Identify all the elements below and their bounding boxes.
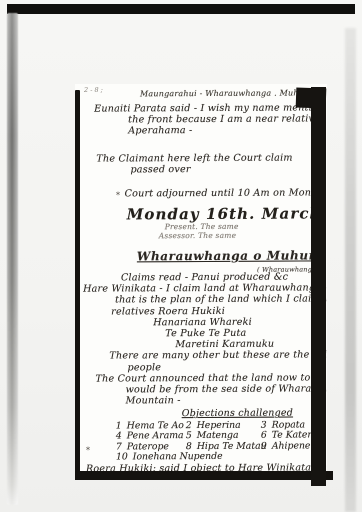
- objection-name: Pene Arama: [127, 430, 184, 441]
- objection-name: Ropata: [272, 419, 305, 430]
- manuscript-line: The Claimant here left the Court claim: [96, 152, 325, 164]
- scanned-document: 2 - 8 ; * * Maungarahui - Wharauwhanga .…: [0, 0, 362, 512]
- objection-number: 5: [186, 430, 192, 441]
- manuscript-line: would be from the sea side of Wharauwhan…: [126, 383, 327, 395]
- page-border-left: [75, 90, 80, 474]
- objections-list: 1Hema Te Ao 2Heperina 3Ropata 4Pene Aram…: [116, 420, 327, 463]
- manuscript-line: Aperahama -: [128, 125, 325, 137]
- manuscript-line: Mountain -: [126, 395, 327, 407]
- objection-name: Matenga: [197, 430, 239, 441]
- objection-number: 10: [116, 452, 128, 463]
- objection-name: Hipa Te Matau: [197, 440, 267, 451]
- scan-border-top: [7, 4, 355, 14]
- manuscript-line: that is the plan of the land which I cla…: [115, 294, 326, 306]
- objection-number: 1: [116, 420, 122, 431]
- manuscript-line: There are many other but these are the p…: [109, 350, 326, 362]
- relative-name: Te Puke Te Puta: [165, 327, 326, 339]
- page-border-right: [311, 87, 326, 486]
- scan-shadow-left: [7, 13, 18, 505]
- manuscript-line: passed over: [130, 163, 325, 175]
- adjournment-line: Court adjourned until 10 Am on Monday: [125, 187, 326, 199]
- block-title: Wharauwhanga o Muhunoa: [137, 250, 326, 264]
- objection-name: Ionehana Nupende: [133, 451, 223, 462]
- objection-number: 6: [261, 430, 267, 441]
- relative-name: Hanariana Whareki: [153, 316, 326, 328]
- page-border-bottom: [75, 471, 333, 480]
- objection-name: Ahipene: [272, 440, 311, 451]
- objections-title: Objections challenged: [182, 408, 327, 420]
- objection-number: 9: [261, 440, 267, 451]
- handwritten-text-block: Maungarahui - Wharauwhanga . Muhunoa Eun…: [80, 85, 327, 471]
- objection-number: 3: [261, 419, 267, 430]
- objection-item: 10Ionehana Nupende: [116, 452, 261, 463]
- relative-name: Maretini Karamuku: [175, 339, 326, 351]
- page-border-corner-blob: [296, 87, 327, 108]
- objection-number: 2: [186, 420, 192, 431]
- scan-shadow-right: [345, 28, 356, 512]
- objection-number: 7: [116, 441, 122, 452]
- objection-number: 4: [116, 431, 122, 442]
- manuscript-line: the front because I am a near relative o…: [128, 114, 325, 126]
- date-heading: Monday 16th. March 1874: [127, 206, 326, 223]
- assessor-line: Assessor. The same: [159, 231, 326, 240]
- objection-number: 8: [186, 441, 192, 452]
